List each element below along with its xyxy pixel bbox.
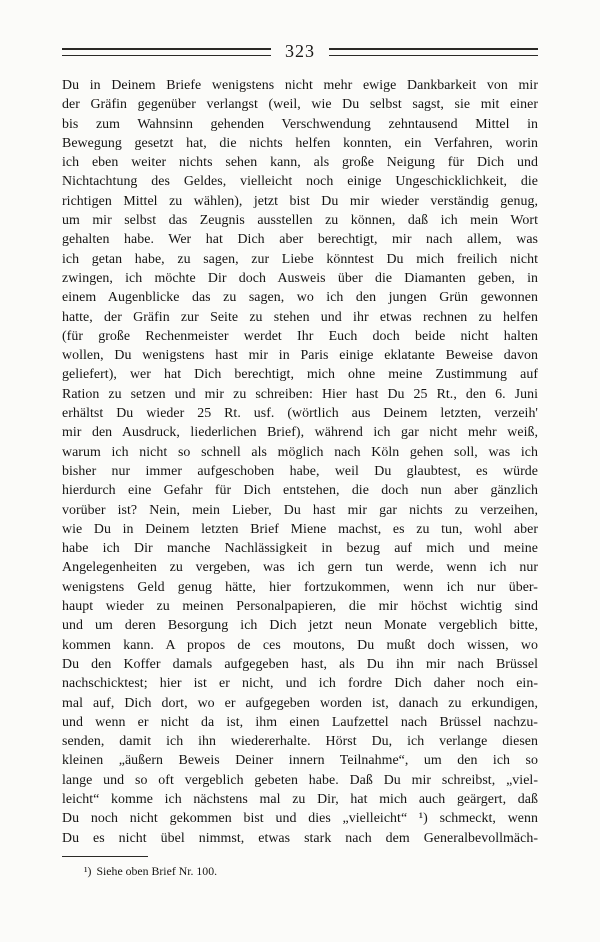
text-line: Nichtachtung des Geldes, vielleicht noch…	[62, 172, 538, 191]
text-line: leicht“ komme ich nächstens mal zu Dir, …	[62, 790, 538, 809]
body-text: Du in Deinem Briefe wenigstens nicht meh…	[62, 76, 538, 848]
text-line: Du den Koffer damals aufgegeben hast, al…	[62, 655, 538, 674]
footnote-rule	[62, 856, 148, 857]
page-number: 323	[271, 42, 329, 60]
text-line: gehalten habe. Wer hat Dich aber berecht…	[62, 230, 538, 249]
text-line: wie Du in Deinem letzten Brief Miene mac…	[62, 520, 538, 539]
text-line: wollen, Du wenigstens hast mir in Paris …	[62, 346, 538, 365]
text-line: nachschicktest; hier ist er nicht, und i…	[62, 674, 538, 693]
text-line: mal auf, Dich dort, wo er aufgegeben wor…	[62, 694, 538, 713]
footnote-text: Siehe oben Brief Nr. 100.	[96, 864, 217, 878]
text-line: bis zum Wahnsinn gehenden Verschwendung …	[62, 115, 538, 134]
text-line: hierdurch eine Gefahr für Dich entstehen…	[62, 481, 538, 500]
text-line: habe ich Dir manche Nachlässigkeit in be…	[62, 539, 538, 558]
text-line: Ration zu setzen und mir zu schreiben: H…	[62, 385, 538, 404]
text-line: ich getan habe, zu sagen, zur Liebe könn…	[62, 250, 538, 269]
text-line: kleinen „äußern Beweis Deiner innern Tei…	[62, 751, 538, 770]
footnote-marker: ¹)	[84, 864, 96, 878]
text-line: erhältst Du wieder 25 Rt. usf. (wörtlich…	[62, 404, 538, 423]
text-line: senden, damit ich ihn wiedererhalte. Hör…	[62, 732, 538, 751]
text-line: (für große Rechenmeister werdet Ihr Euch…	[62, 327, 538, 346]
text-line: haupt wieder zu meinen Personalpapieren,…	[62, 597, 538, 616]
head-rule-right	[329, 48, 538, 56]
text-line: und wenn er nicht da ist, ihm einen Lauf…	[62, 713, 538, 732]
text-line: Angelegenheiten zu vergeben, was ich ger…	[62, 558, 538, 577]
footnote: ¹)Siehe oben Brief Nr. 100.	[62, 863, 538, 879]
text-line: Du in Deinem Briefe wenigstens nicht meh…	[62, 76, 538, 95]
text-line: um mir selbst das Zeugnis ausstellen zu …	[62, 211, 538, 230]
text-line: Bewegung gesetzt hat, die nichts helfen …	[62, 134, 538, 153]
text-line: Du noch nicht gekommen bist und dies „vi…	[62, 809, 538, 828]
head-rule-left	[62, 48, 271, 56]
text-line: lange und so oft vergeblich gebeten habe…	[62, 771, 538, 790]
text-line: richtigen Mittel zu wählen), jetzt bist …	[62, 192, 538, 211]
running-head: 323	[62, 40, 538, 62]
text-line: ich eben weiter nichts sehen kann, als g…	[62, 153, 538, 172]
text-line: hatte, der Gräfin zur Seite zu stehen un…	[62, 308, 538, 327]
text-line: vorüber ist? Nein, mein Lieber, Du hast …	[62, 501, 538, 520]
book-page: 323 Du in Deinem Briefe wenigstens nicht…	[0, 0, 600, 942]
text-line: warum ich nicht so schnell als möglich n…	[62, 443, 538, 462]
text-line: und um deren Besorgung ich Dich jetzt ne…	[62, 616, 538, 635]
text-line: einem Augenblicke das zu sagen, wo ich d…	[62, 288, 538, 307]
text-line: geliefert), wer hat Dich berechtigt, mic…	[62, 365, 538, 384]
text-line: wenigstens Geld genug hätte, hier fortzu…	[62, 578, 538, 597]
text-line: bisher nur immer aufgeschoben habe, weil…	[62, 462, 538, 481]
text-line: zwingen, ich möchte Dir doch Ausweis übe…	[62, 269, 538, 288]
text-line: mir den Ausdruck, liederlichen Brief), w…	[62, 423, 538, 442]
text-line: kommen kann. A propos de ces moutons, Du…	[62, 636, 538, 655]
text-line: Du es nicht übel nimmst, etwas stark nac…	[62, 829, 538, 848]
text-line: der Gräfin gegenüber verlangst (weil, wi…	[62, 95, 538, 114]
